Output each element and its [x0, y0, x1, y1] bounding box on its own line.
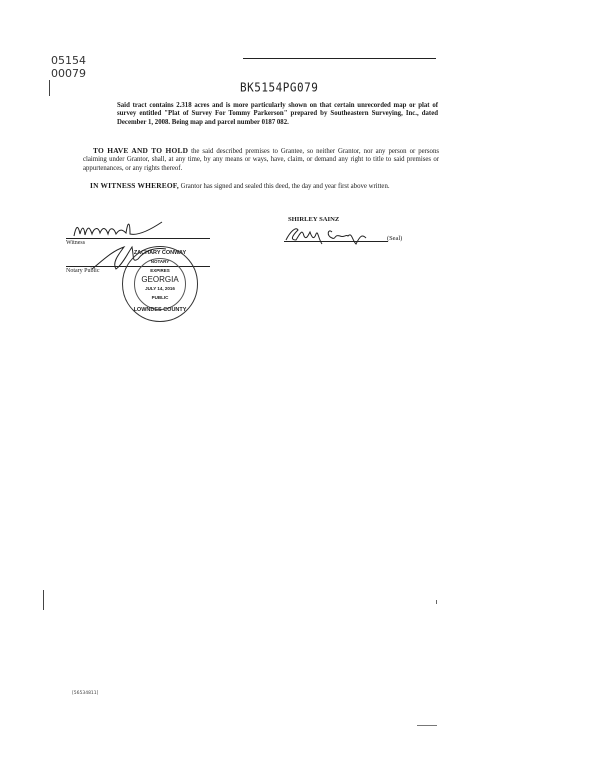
seal-state: GEORGIA	[123, 275, 197, 284]
notary-label: Notary Public	[66, 268, 100, 274]
seal-public: PUBLIC	[123, 295, 197, 300]
bottom-rule	[417, 725, 437, 726]
top-rule	[243, 58, 436, 59]
habendum-lead: TO HAVE AND TO HOLD	[93, 146, 188, 155]
document-id: [56534811]	[72, 691, 98, 696]
witness-signature-line	[66, 238, 210, 239]
lower-margin-mark	[43, 590, 44, 610]
seal-notary-title: NOTARY	[123, 259, 197, 264]
witness-whereof-text: Grantor has signed and sealed this deed,…	[179, 183, 390, 190]
notary-seal-inner-ring	[134, 258, 186, 310]
record-number: 05154 00079	[51, 54, 86, 80]
habendum-paragraph: TO HAVE AND TO HOLD the said described p…	[83, 147, 439, 173]
grantor-signature-line	[284, 241, 388, 242]
margin-mark	[49, 80, 50, 96]
seal-county: LOWNDES COUNTY	[123, 307, 197, 313]
book-page-stamp: BK5154PG079	[240, 80, 318, 94]
seal-label: (Seal)	[387, 235, 402, 242]
tract-description-paragraph: Said tract contains 2.318 acres and is m…	[117, 102, 438, 127]
scan-artifact-mark	[436, 600, 437, 604]
seal-expiry-date: JULY 14, 2016	[123, 286, 197, 291]
witness-label: Witness	[66, 240, 85, 246]
seal-expires: EXPIRES	[123, 268, 197, 273]
record-number-page: 00079	[51, 67, 86, 80]
record-number-book: 05154	[51, 54, 86, 67]
witness-whereof-lead: IN WITNESS WHEREOF,	[90, 181, 179, 190]
grantor-signature	[282, 222, 392, 248]
notary-seal: ZACHARY CONWAY NOTARY EXPIRES GEORGIA JU…	[122, 246, 198, 322]
witness-whereof-paragraph: IN WITNESS WHEREOF, Grantor has signed a…	[90, 182, 440, 191]
seal-notary-name: ZACHARY CONWAY	[123, 250, 197, 256]
